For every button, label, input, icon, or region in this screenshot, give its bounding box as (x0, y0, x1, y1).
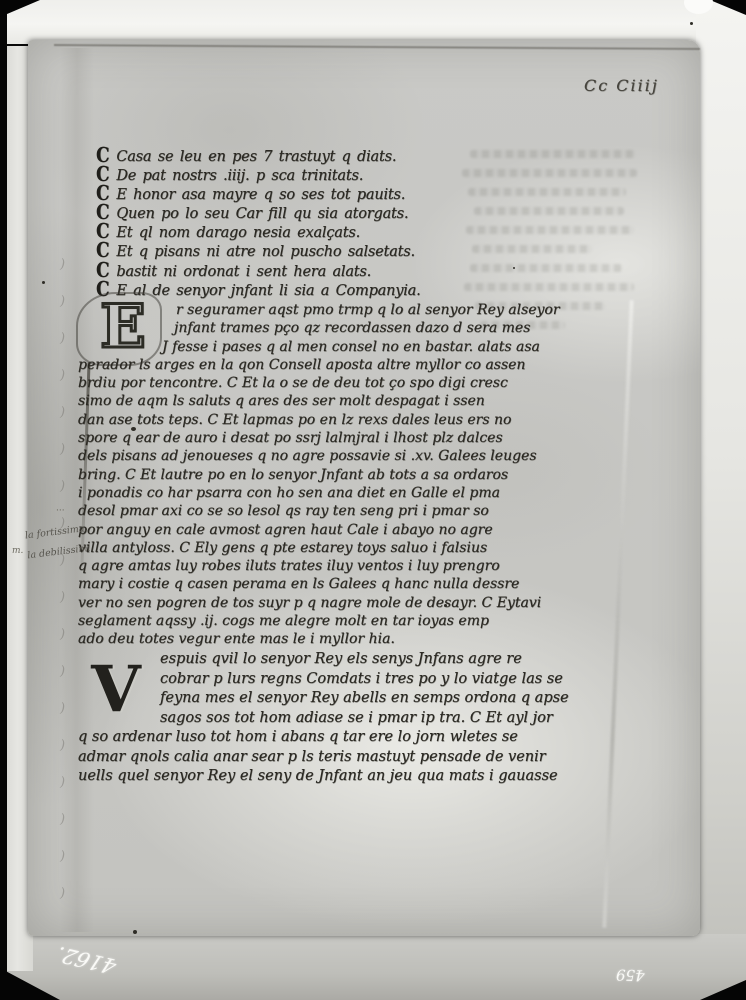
prose-line: seglament aqssy .ij. cogs me alegre molt… (78, 612, 603, 630)
margin-tick-marks: ··· (56, 506, 65, 516)
quire-mark: ) (60, 431, 80, 468)
prose-line: feyna mes el senyor Rey abells en semps … (78, 689, 603, 709)
quire-mark: ) (60, 838, 80, 875)
quire-mark: ) (60, 727, 80, 764)
prose-line: dan ase tots teps. C Et lapmas po en lz … (78, 411, 603, 429)
prose-line: admar qnols calia anar sear p ls teris m… (78, 748, 603, 768)
ink-speck (513, 267, 515, 269)
prose-line: J fesse i pases q al men consel no en ba… (78, 338, 603, 356)
prose-line: ado deu totes vegur ente mas le i myllor… (78, 630, 603, 648)
verse-line: CDe pat nostrs .iiij. p sca trinitats. (96, 166, 496, 185)
quire-mark: ) (60, 394, 80, 431)
ink-speck (133, 930, 137, 934)
verse-line: CE honor asa mayre q so ses tot pauits. (96, 185, 496, 204)
prose-line: ver no sen pogren de tos suyr p q nagre … (78, 594, 603, 612)
prose-line: jnfant trames pço qz recordassen dazo d … (78, 319, 603, 337)
prose-line: sagos sos tot hom adiase se i pmar ip tr… (78, 709, 603, 729)
prose-line: spore q ear de auro i desat po ssrj lalm… (78, 429, 603, 447)
prose-line: bring. C Et lautre po en lo senyor Jnfan… (78, 466, 603, 484)
quire-mark: ) (60, 468, 80, 505)
prose-line: i ponadis co har psarra con ho sen ana d… (78, 484, 603, 502)
quire-mark: ) (60, 801, 80, 838)
prose-line: dels pisans ad jenoueses q no agre possa… (78, 447, 603, 465)
verse-line: Cbastit ni ordonat i sent hera alats. (96, 262, 496, 281)
verse-line: CEt ql nom darago nesia exalçats. (96, 223, 496, 242)
prose-block-2: espuis qvil lo senyor Rey els senys Jnfa… (78, 650, 603, 787)
margin-side-mark: m. (12, 546, 23, 556)
prose-line: simo de aqm ls saluts q ares des ser mol… (78, 392, 603, 410)
prose-line: brdiu por tencontre. C Et la o se de deu… (78, 374, 603, 392)
quire-mark: ) (60, 357, 80, 394)
verse-line: CCasa se leu en pes 7 trastuyt q diats. (96, 147, 496, 166)
photo-background-top (0, 0, 746, 44)
quire-mark: ) (60, 579, 80, 616)
book-spine-shadow (0, 0, 7, 1000)
quire-mark: ) (60, 246, 80, 283)
ink-speck (42, 281, 45, 284)
prose-line: mary i costie q casen perama en ls Galee… (78, 575, 603, 593)
prose-line: q agre amtas luy robes iluts trates iluy… (78, 557, 603, 575)
bleedthrough-ghost-line (474, 207, 624, 215)
prose-line: villa antyloss. C Ely gens q pte estarey… (78, 539, 603, 557)
quire-mark: ) (60, 875, 80, 912)
prose-line: perador ls arges en la qon Consell apost… (78, 356, 603, 374)
ink-speck (444, 604, 447, 607)
verse-line: CEt q pisans ni atre nol puscho salsetat… (96, 242, 496, 261)
prose-line: por anguy en cale avmost agren haut Cale… (78, 521, 603, 539)
prose-line: desol pmar axi co se so lesol qs ray ten… (78, 502, 603, 520)
prose-line: r seguramer aqst pmo trmp q lo al senyor… (78, 301, 603, 319)
archive-number-bottom-right: 459 (616, 966, 645, 985)
ink-speck (690, 22, 693, 25)
ink-speck (131, 427, 136, 431)
quire-mark: ) (60, 764, 80, 801)
prose-line: espuis qvil lo senyor Rey els senys Jnfa… (78, 650, 603, 670)
verse-block: CCasa se leu en pes 7 trastuyt q diats.C… (96, 147, 496, 300)
folio-number: Cc Ciiij (584, 76, 659, 95)
verse-line: CQuen po lo seu Car fill qu sia atorgats… (96, 204, 496, 223)
prose-line: q so ardenar luso tot hom i abans q tar … (78, 728, 603, 748)
prose-line: uells quel senyor Rey el seny de Jnfant … (78, 767, 603, 787)
photo-background-right (696, 0, 746, 1000)
prose-line: cobrar p lurs regns Comdats i tres po y … (78, 670, 603, 690)
quire-mark: ) (60, 616, 80, 653)
prose-block-1: r seguramer aqst pmo trmp q lo al senyor… (78, 301, 603, 649)
